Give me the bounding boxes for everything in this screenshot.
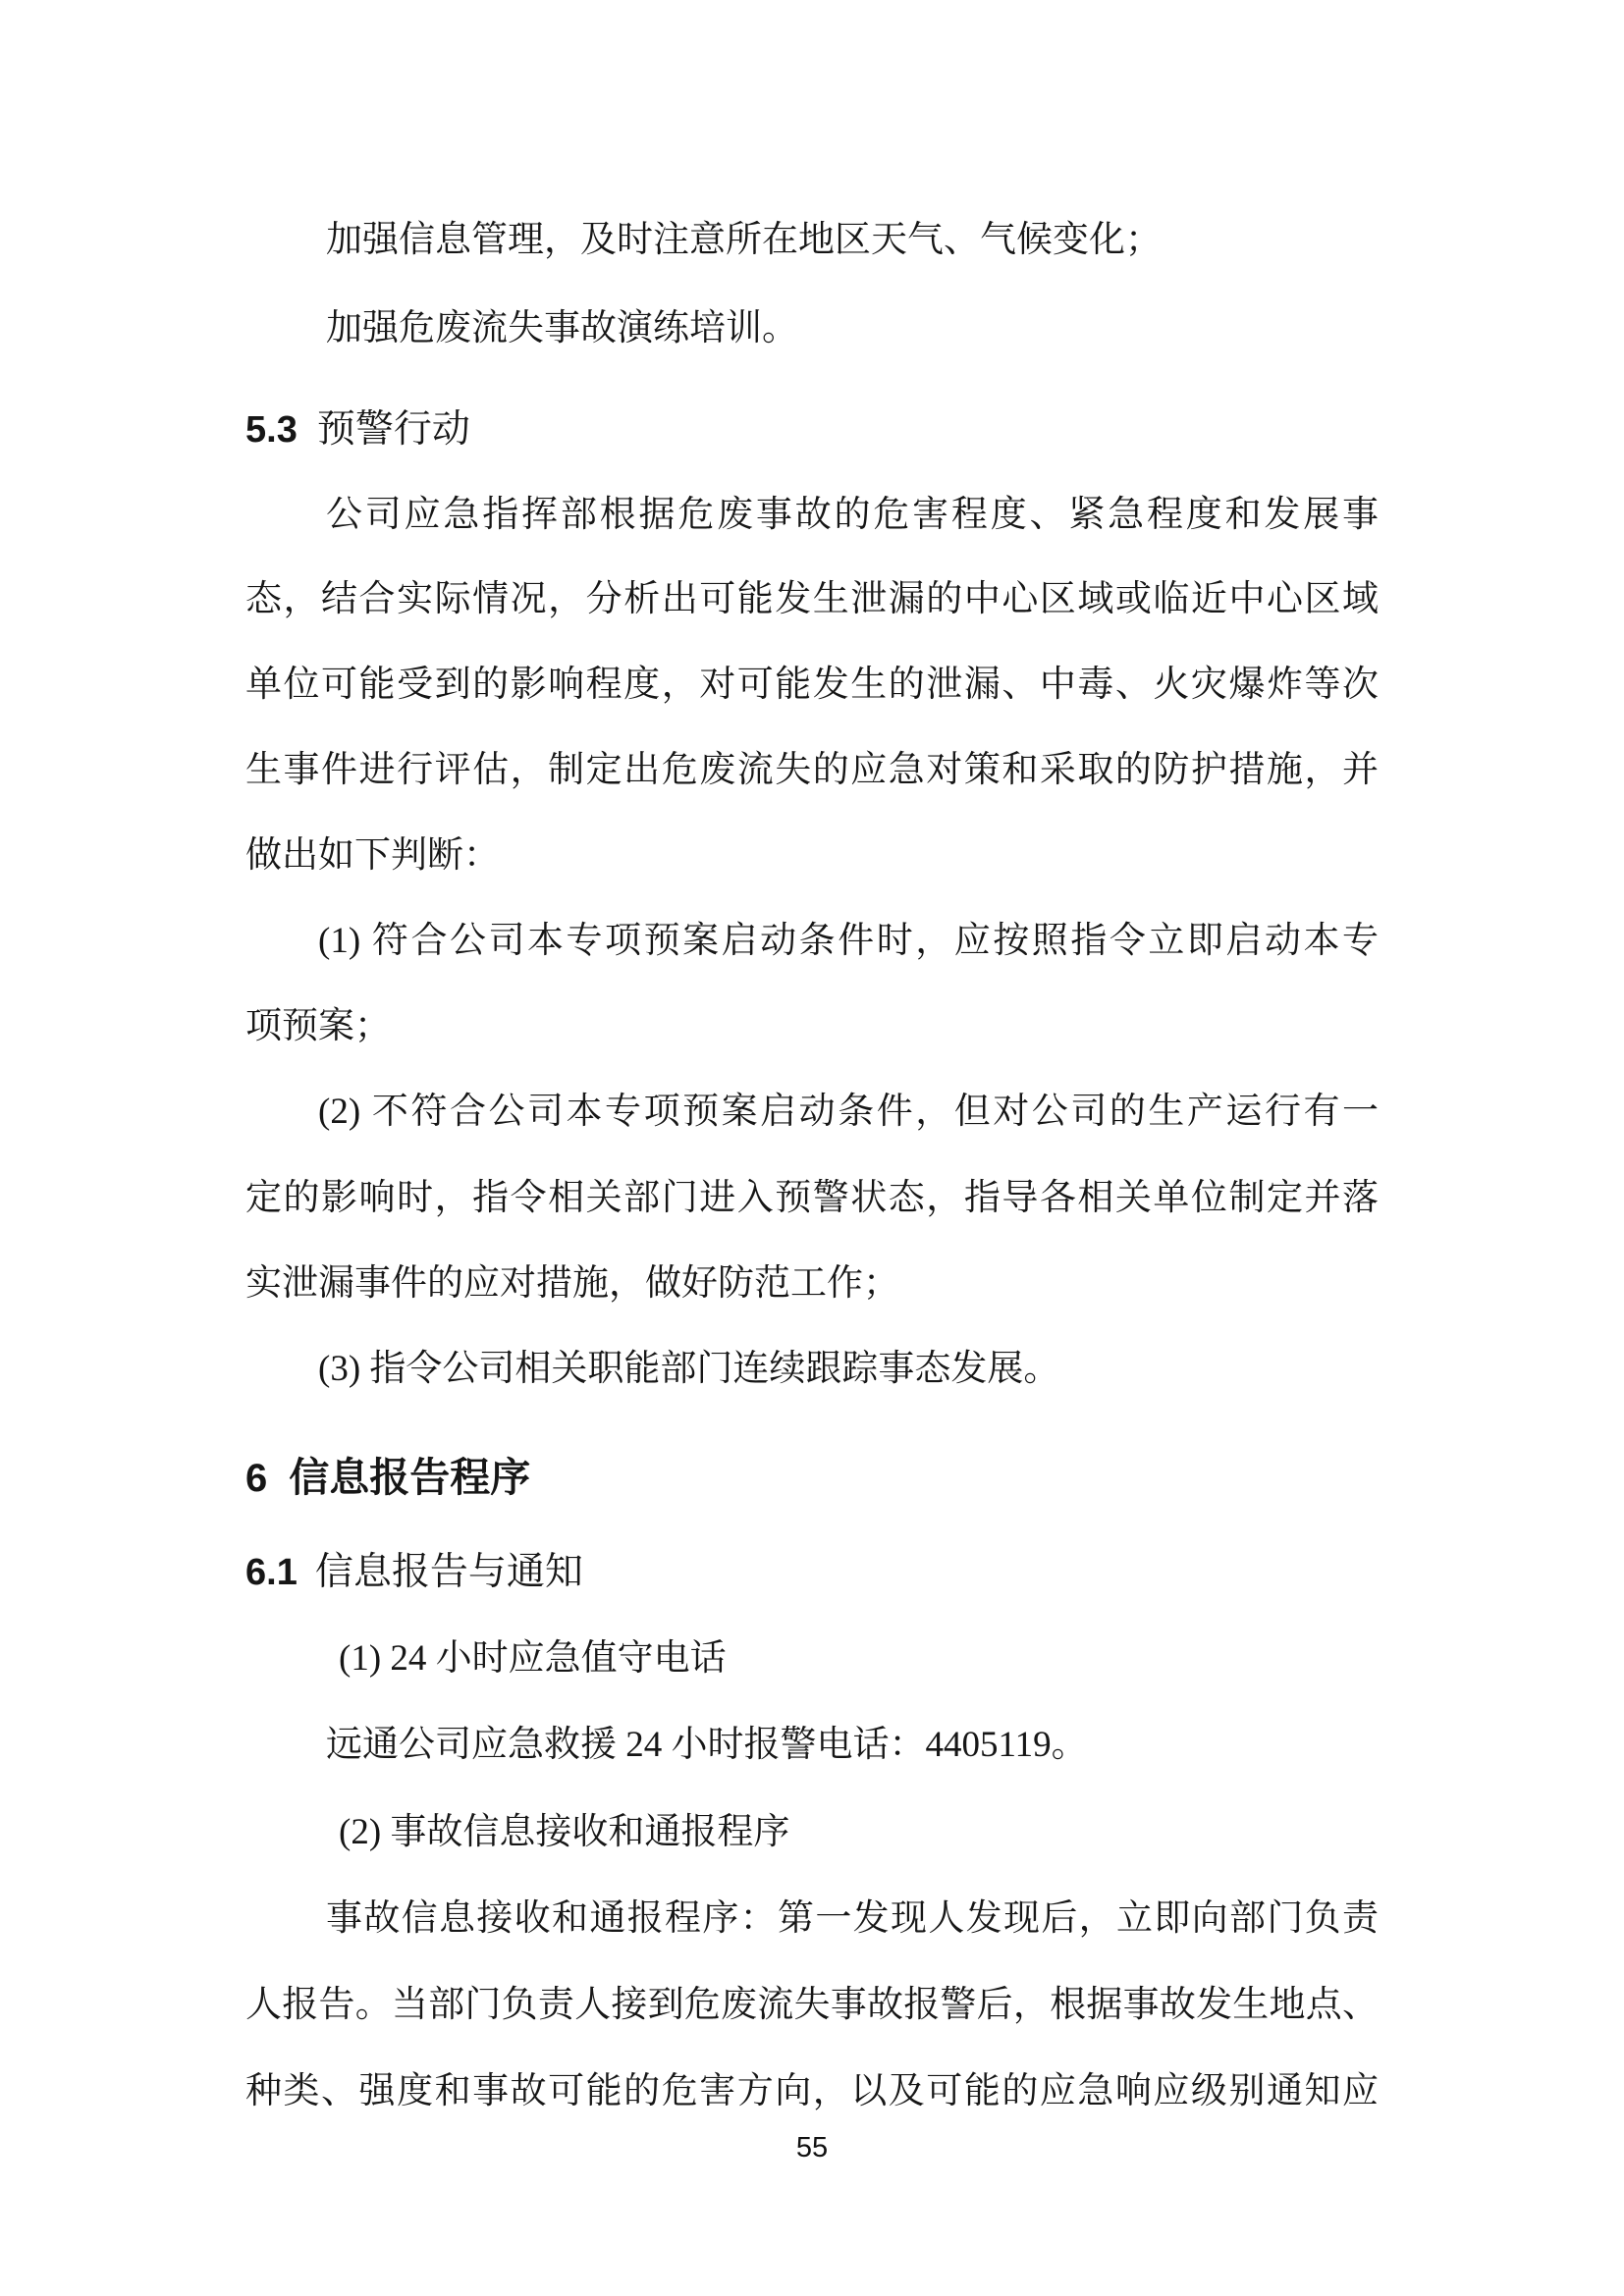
text-line: 公司应急指挥部根据危废事故的危害程度、紧急程度和发展事 xyxy=(245,471,1379,560)
heading-title: 信息报告程序 xyxy=(289,1455,530,1500)
section-heading-6-1: 6.1信息报告与通知 xyxy=(245,1528,1379,1617)
text-line: 加强危废流失事故演练培训。 xyxy=(245,285,1379,373)
section-heading-5-3: 5.3预警行动 xyxy=(245,386,1379,474)
text-line: 远通公司应急救援 24 小时报警电话：4405119。 xyxy=(245,1701,1379,1789)
list-item-line: (1) 符合公司本专项预案启动条件时，应按照指令立即启动本专 xyxy=(245,897,1379,986)
text-column: 加强信息管理，及时注意所在地区天气、气候变化； 加强危废流失事故演练培训。 5.… xyxy=(245,0,1379,2296)
list-item-line: (2) 不符合公司本专项预案启动条件，但对公司的生产运行有一 xyxy=(245,1068,1379,1156)
text-line: 单位可能受到的影响程度，对可能发生的泄漏、中毒、火灾爆炸等次 xyxy=(245,641,1379,729)
text-line: 实泄漏事件的应对措施，做好防范工作； xyxy=(245,1240,1379,1328)
text-line: 做出如下判断： xyxy=(245,812,1379,900)
text-line: 项预案； xyxy=(245,983,1379,1071)
heading-title: 预警行动 xyxy=(317,408,470,451)
text-line: 生事件进行评估，制定出危废流失的应急对策和采取的防护措施，并 xyxy=(245,726,1379,815)
section-heading-6: 6信息报告程序 xyxy=(245,1433,1379,1522)
heading-number: 6 xyxy=(245,1457,267,1500)
list-item-line: (1) 24 小时应急值守电话 xyxy=(245,1615,1379,1703)
list-item-line: (3) 指令公司相关职能部门连续跟踪事态发展。 xyxy=(245,1325,1379,1414)
list-item-line: (2) 事故信息接收和通报程序 xyxy=(245,1789,1379,1877)
heading-title: 信息报告与通知 xyxy=(315,1551,583,1593)
heading-number: 6.1 xyxy=(245,1552,298,1593)
page-number: 55 xyxy=(0,2118,1624,2177)
document-page: 加强信息管理，及时注意所在地区天气、气候变化； 加强危废流失事故演练培训。 5.… xyxy=(0,0,1624,2296)
heading-number: 5.3 xyxy=(245,409,298,451)
text-line: 事故信息接收和通报程序：第一发现人发现后，立即向部门负责 xyxy=(245,1875,1379,1963)
text-line: 态，结合实际情况，分析出可能发生泄漏的中心区域或临近中心区域 xyxy=(245,556,1379,644)
text-line: 加强信息管理，及时注意所在地区天气、气候变化； xyxy=(245,196,1379,285)
text-line: 人报告。当部门负责人接到危废流失事故报警后，根据事故发生地点、 xyxy=(245,1961,1379,2050)
text-line: 定的影响时，指令相关部门进入预警状态，指导各相关单位制定并落 xyxy=(245,1154,1379,1243)
